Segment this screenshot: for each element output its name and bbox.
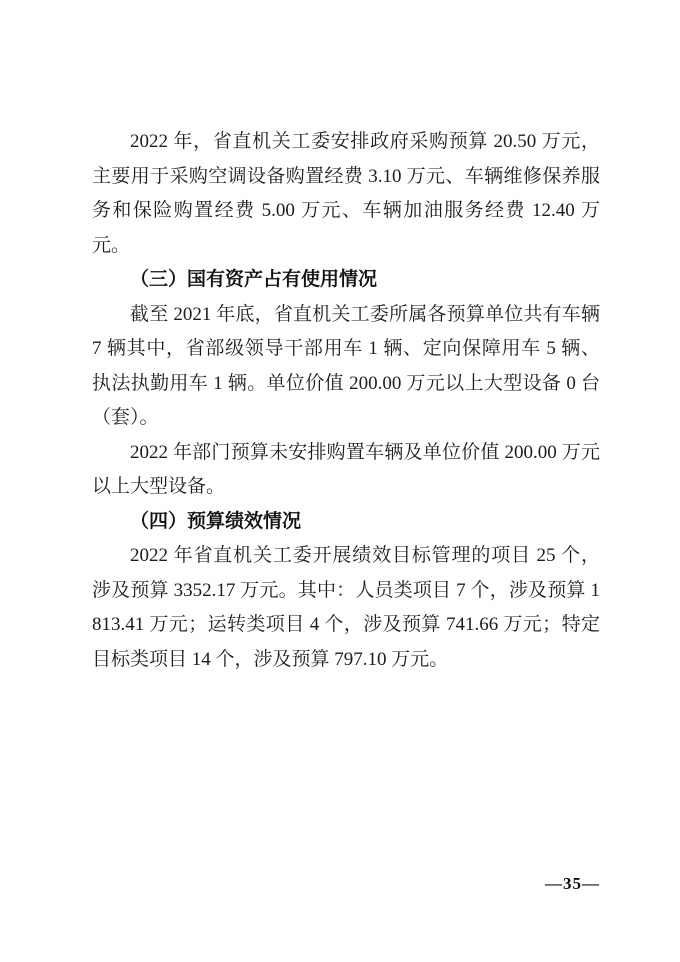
document-content: 2022 年，省直机关工委安排政府采购预算 20.50 万元，主要用于采购空调设… <box>92 125 600 677</box>
section-heading-budget-performance: （四）预算绩效情况 <box>92 505 600 540</box>
document-page: 2022 年，省直机关工委安排政府采购预算 20.50 万元，主要用于采购空调设… <box>0 0 680 962</box>
paragraph-government-procurement-budget: 2022 年，省直机关工委安排政府采购预算 20.50 万元，主要用于采购空调设… <box>92 125 600 263</box>
paragraph-no-new-purchases: 2022 年部门预算未安排购置车辆及单位价值 200.00 万元以上大型设备。 <box>92 436 600 505</box>
paragraph-vehicle-and-equipment-holdings: 截至 2021 年底，省直机关工委所属各预算单位共有车辆 7 辆其中，省部级领导… <box>92 298 600 436</box>
paragraph-performance-target-projects: 2022 年省直机关工委开展绩效目标管理的项目 25 个，涉及预算 3352.1… <box>92 539 600 677</box>
section-heading-state-owned-assets: （三）国有资产占有使用情况 <box>92 263 600 298</box>
page-number: —35— <box>545 874 600 894</box>
